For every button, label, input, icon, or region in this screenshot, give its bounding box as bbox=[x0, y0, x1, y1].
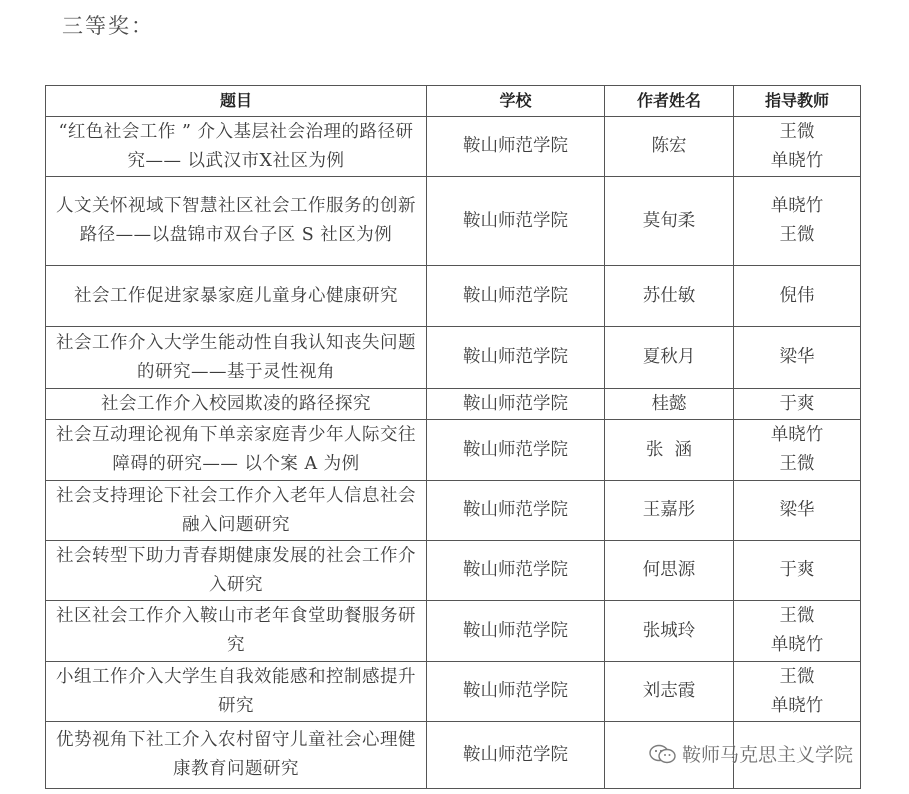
cell-author: 夏秋月 bbox=[605, 327, 734, 389]
cell-author: 刘志霞 bbox=[605, 662, 734, 722]
advisor-name: 梁华 bbox=[740, 496, 854, 525]
table-row: 小组工作介入大学生自我效能感和控制感提升研究鞍山师范学院刘志霞王微单晓竹 bbox=[46, 662, 861, 722]
cell-school: 鞍山师范学院 bbox=[427, 117, 605, 177]
table-row: 人文关怀视域下智慧社区社会工作服务的创新路径——以盘锦市双台子区 S 社区为例鞍… bbox=[46, 177, 861, 266]
table-row: 社会工作介入校园欺凌的路径探究鞍山师范学院桂懿于爽 bbox=[46, 389, 861, 420]
cell-title: 社会支持理论下社会工作介入老年人信息社会融入问题研究 bbox=[46, 481, 427, 541]
advisor-name: 单晓竹 bbox=[740, 147, 854, 176]
header-title: 题目 bbox=[46, 86, 427, 117]
advisor-name: 单晓竹 bbox=[740, 421, 854, 450]
header-school: 学校 bbox=[427, 86, 605, 117]
advisor-name: 王微 bbox=[740, 221, 854, 250]
cell-title: 社会工作介入大学生能动性自我认知丧失问题的研究——基于灵性视角 bbox=[46, 327, 427, 389]
advisor-name: 单晓竹 bbox=[740, 192, 854, 221]
advisor-name: 于爽 bbox=[740, 390, 854, 419]
cell-advisor: 王微单晓竹 bbox=[734, 662, 861, 722]
table-row: 社会支持理论下社会工作介入老年人信息社会融入问题研究鞍山师范学院王嘉彤梁华 bbox=[46, 481, 861, 541]
advisor-name: 倪伟 bbox=[740, 282, 854, 311]
cell-title: 优势视角下社工介入农村留守儿童社会心理健康教育问题研究 bbox=[46, 722, 427, 789]
cell-author: 张城玲 bbox=[605, 601, 734, 662]
cell-school: 鞍山师范学院 bbox=[427, 177, 605, 266]
cell-school: 鞍山师范学院 bbox=[427, 266, 605, 327]
cell-title: 小组工作介入大学生自我效能感和控制感提升研究 bbox=[46, 662, 427, 722]
table-body: “红色社会工作 ” 介入基层社会治理的路径研究—— 以武汉市X社区为例鞍山师范学… bbox=[46, 117, 861, 789]
cell-title: 人文关怀视域下智慧社区社会工作服务的创新路径——以盘锦市双台子区 S 社区为例 bbox=[46, 177, 427, 266]
table-row: “红色社会工作 ” 介入基层社会治理的路径研究—— 以武汉市X社区为例鞍山师范学… bbox=[46, 117, 861, 177]
cell-author: 桂懿 bbox=[605, 389, 734, 420]
header-author: 作者姓名 bbox=[605, 86, 734, 117]
cell-author: 王嘉彤 bbox=[605, 481, 734, 541]
award-table: 题目 学校 作者姓名 指导教师 “红色社会工作 ” 介入基层社会治理的路径研究—… bbox=[45, 85, 861, 789]
table-row: 社区社会工作介入鞍山市老年食堂助餐服务研究鞍山师范学院张城玲王微单晓竹 bbox=[46, 601, 861, 662]
advisor-name: 于爽 bbox=[740, 556, 854, 585]
cell-title: 社会工作介入校园欺凌的路径探究 bbox=[46, 389, 427, 420]
cell-author: 莫旬柔 bbox=[605, 177, 734, 266]
cell-advisor: 梁华 bbox=[734, 481, 861, 541]
table-row: 社会转型下助力青春期健康发展的社会工作介入研究鞍山师范学院何思源于爽 bbox=[46, 541, 861, 601]
cell-author: 张 涵 bbox=[605, 420, 734, 481]
cell-title: 社区社会工作介入鞍山市老年食堂助餐服务研究 bbox=[46, 601, 427, 662]
cell-school: 鞍山师范学院 bbox=[427, 722, 605, 789]
cell-advisor: 于爽 bbox=[734, 541, 861, 601]
cell-advisor: 王微单晓竹 bbox=[734, 117, 861, 177]
cell-school: 鞍山师范学院 bbox=[427, 420, 605, 481]
cell-title: “红色社会工作 ” 介入基层社会治理的路径研究—— 以武汉市X社区为例 bbox=[46, 117, 427, 177]
cell-school: 鞍山师范学院 bbox=[427, 481, 605, 541]
advisor-name: 梁华 bbox=[740, 343, 854, 372]
advisor-name: 王微 bbox=[740, 118, 854, 147]
table-row: 社会互动理论视角下单亲家庭青少年人际交往障碍的研究—— 以个案 A 为例鞍山师范… bbox=[46, 420, 861, 481]
watermark: 鞍师马克思主义学院 bbox=[648, 740, 853, 767]
cell-school: 鞍山师范学院 bbox=[427, 601, 605, 662]
advisor-name: 单晓竹 bbox=[740, 692, 854, 721]
cell-advisor: 梁华 bbox=[734, 327, 861, 389]
cell-author: 苏仕敏 bbox=[605, 266, 734, 327]
cell-advisor: 王微单晓竹 bbox=[734, 601, 861, 662]
cell-title: 社会工作促进家暴家庭儿童身心健康研究 bbox=[46, 266, 427, 327]
advisor-name: 王微 bbox=[740, 663, 854, 692]
advisor-name: 王微 bbox=[740, 602, 854, 631]
cell-advisor: 倪伟 bbox=[734, 266, 861, 327]
advisor-name: 王微 bbox=[740, 450, 854, 479]
cell-title: 社会互动理论视角下单亲家庭青少年人际交往障碍的研究—— 以个案 A 为例 bbox=[46, 420, 427, 481]
cell-school: 鞍山师范学院 bbox=[427, 389, 605, 420]
cell-school: 鞍山师范学院 bbox=[427, 541, 605, 601]
header-advisor: 指导教师 bbox=[734, 86, 861, 117]
wechat-icon bbox=[648, 743, 678, 765]
table-row: 社会工作促进家暴家庭儿童身心健康研究鞍山师范学院苏仕敏倪伟 bbox=[46, 266, 861, 327]
cell-advisor: 于爽 bbox=[734, 389, 861, 420]
table-header-row: 题目 学校 作者姓名 指导教师 bbox=[46, 86, 861, 117]
cell-school: 鞍山师范学院 bbox=[427, 662, 605, 722]
cell-author: 陈宏 bbox=[605, 117, 734, 177]
table-row: 社会工作介入大学生能动性自我认知丧失问题的研究——基于灵性视角鞍山师范学院夏秋月… bbox=[46, 327, 861, 389]
cell-advisor: 单晓竹王微 bbox=[734, 177, 861, 266]
advisor-name: 单晓竹 bbox=[740, 631, 854, 660]
cell-advisor: 单晓竹王微 bbox=[734, 420, 861, 481]
cell-title: 社会转型下助力青春期健康发展的社会工作介入研究 bbox=[46, 541, 427, 601]
cell-author: 何思源 bbox=[605, 541, 734, 601]
award-heading: 三等奖： bbox=[62, 10, 154, 40]
cell-school: 鞍山师范学院 bbox=[427, 327, 605, 389]
watermark-text: 鞍师马克思主义学院 bbox=[682, 740, 853, 767]
